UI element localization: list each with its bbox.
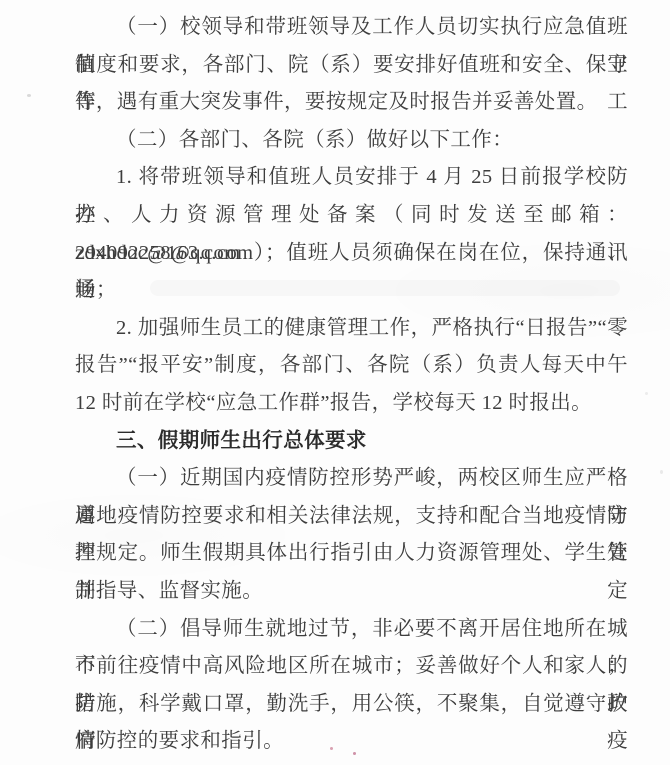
paragraph: 2. 加强师生员工的健康管理工作，严格执行“日报告”“零报告”“报平安”制度，各… xyxy=(75,310,628,423)
text-line: 1. 将带班领导和值班人员安排于 4 月 25 日前报学校防控 xyxy=(75,159,628,197)
text-line: 作，遇有重大突发事件，要按规定及时报告并妥善处置。 xyxy=(75,84,628,122)
scanned-document-page: （一）校领导和带班领导及工作人员切实执行应急值班值守制度和要求，各部门、院（系）… xyxy=(0,0,670,765)
text-line: （一）近期国内疫情防控形势严峻，两校区师生应严格遵守 xyxy=(75,460,628,498)
text-line: （二）倡导师生就地过节，非必要不离开居住地所在城市； xyxy=(75,611,628,649)
scan-speck xyxy=(27,94,31,97)
document-body: （一）校领导和带班领导及工作人员切实执行应急值班值守制度和要求，各部门、院（系）… xyxy=(75,9,628,761)
section-heading: 三、假期师生出行总体要求 xyxy=(75,423,628,461)
paragraph: （二）倡导师生就地过节，非必要不离开居住地所在城市；不前往疫情中高风险地区所在城… xyxy=(75,611,628,761)
text-line: 制度和要求，各部门、院（系）要安排好值班和安全、保卫等工 xyxy=(75,47,628,85)
paragraph: （一）近期国内疫情防控形势严峻，两校区师生应严格遵守属地疫情防控要求和相关法律法… xyxy=(75,460,628,610)
text-line: 12 时前在学校“应急工作群”报告，学校每天 12 时报出。 xyxy=(75,385,628,423)
text-line: 三、假期师生出行总体要求 xyxy=(75,423,628,461)
paragraph: （二）各部门、各院（系）做好以下工作： xyxy=(75,122,628,160)
text-line: 属地疫情防控要求和相关法律法规，支持和配合当地疫情防控管 xyxy=(75,498,628,536)
text-line: 理规定。师生假期具体出行指引由人力资源管理处、学生处制定 xyxy=(75,535,628,573)
paragraph: （一）校领导和带班领导及工作人员切实执行应急值班值守制度和要求，各部门、院（系）… xyxy=(75,9,628,122)
paragraph: 1. 将带班领导和值班人员安排于 4 月 25 日前报学校防控办、人力资源管理处… xyxy=(75,159,628,309)
text-line: 不前往疫情中高风险地区所在城市；妥善做好个人和家人的防护 xyxy=(75,648,628,686)
text-line: 294092258@qq.com）；值班人员须确保在岗在位，保持通讯畅 xyxy=(75,235,628,273)
scan-speck xyxy=(660,470,663,474)
text-line: 措施，科学戴口罩，勤洗手，用公筷，不聚集，自觉遵守政府疫 xyxy=(75,686,628,724)
text-line: 办、人力资源管理处备案（同时发送至邮箱：zdxhdoc@163.com、 xyxy=(75,197,628,235)
text-line: （一）校领导和带班领导及工作人员切实执行应急值班值守 xyxy=(75,9,628,47)
text-line: 通； xyxy=(75,272,628,310)
scan-speck xyxy=(645,392,648,395)
text-line: 2. 加强师生员工的健康管理工作，严格执行“日报告”“零 xyxy=(75,310,628,348)
text-line: 报告”“报平安”制度，各部门、各院（系）负责人每天中午 xyxy=(75,347,628,385)
text-line: （二）各部门、各院（系）做好以下工作： xyxy=(75,122,628,160)
